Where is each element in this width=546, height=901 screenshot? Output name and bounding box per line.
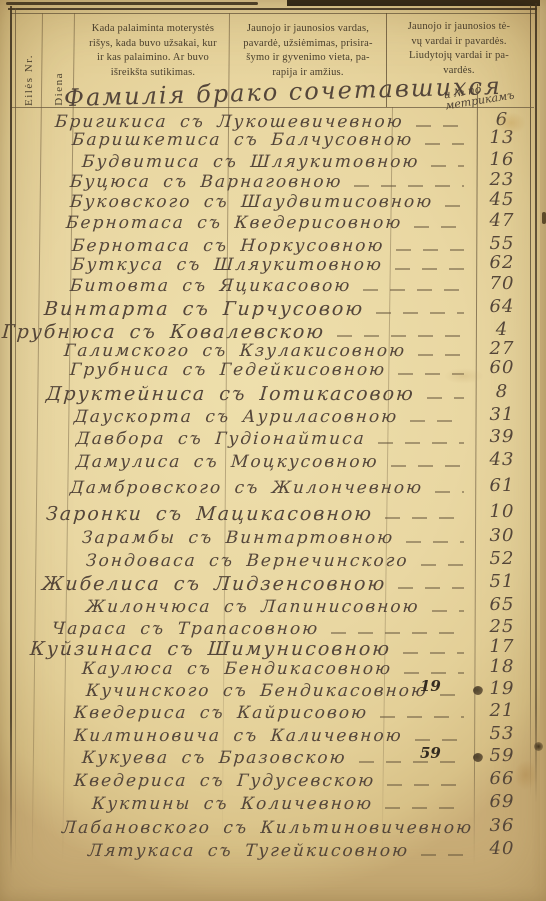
entries: Бригикиса съ Лукошевичевною6Баришкетиса …	[0, 0, 546, 901]
entry-row: Грубниса съ Гедейкисовною	[0, 360, 468, 382]
entry-dash-line	[445, 205, 464, 207]
entry-dash-line	[431, 165, 464, 167]
entry-row: Бернотаса съ Кведерисовною	[0, 213, 468, 235]
entry-surnames: Зарамбы съ Винтартовною	[81, 528, 395, 549]
entry-dash-line	[380, 716, 464, 718]
entry-metric-number: 60	[478, 357, 526, 379]
entry-metric-number: 30	[478, 525, 526, 547]
entry-surnames: Кукуева съ Бразовскою	[81, 748, 347, 769]
entry-metric-number: 8	[478, 381, 526, 403]
entry-surnames: Кведериса съ Гудусевскою	[73, 771, 376, 792]
entry-dash-line	[354, 185, 464, 187]
entry-dash-line	[391, 465, 464, 467]
entry-dash-line	[421, 854, 464, 856]
entry-row: Баришкетиса съ Балчусовною	[0, 130, 468, 152]
entry-dash-line	[337, 335, 464, 337]
entry-dash-line	[387, 784, 464, 786]
entry-row: Кведериса съ Кайрисовою	[0, 703, 468, 725]
entry-surnames: Лятукаса съ Тугейкисовною	[87, 841, 409, 862]
entry-metric-number: 59	[478, 745, 526, 767]
entry-row: Буткуса съ Шляукитовною	[0, 255, 468, 277]
entry-surnames: Дамбровского съ Жилончевною	[69, 478, 424, 499]
entry-metric-number: 19	[478, 678, 526, 700]
entry-row: Жибелиса съ Лидзенсовною	[0, 574, 468, 596]
entry-row: Друктейниса съ Іотикасовою	[0, 384, 468, 406]
entry-metric-number: 31	[478, 404, 526, 426]
entry-dash-line	[396, 249, 464, 251]
entry-row: Зондоваса съ Вернечинского	[0, 551, 468, 573]
entry-metric-number: 52	[478, 548, 526, 570]
entry-metric-number: 10	[478, 501, 526, 523]
entry-dash-line	[363, 289, 464, 291]
entry-row: Кучинского съ Бендикасовною	[0, 681, 468, 703]
entry-metric-number: 16	[478, 149, 526, 171]
entry-metric-number: 69	[478, 791, 526, 813]
entry-dash-line	[414, 226, 464, 228]
entry-row: Давбора съ Гудіонайтиса	[0, 429, 468, 451]
entry-correction-note: 19	[420, 676, 460, 696]
entry-surnames: Будвитиса съ Шляукитовною	[81, 152, 420, 173]
entry-row: Килтиновича съ Каличевною	[0, 726, 468, 748]
entry-row: Кведериса съ Гудусевскою	[0, 771, 468, 793]
entry-row: Кукуева съ Бразовскою	[0, 748, 468, 770]
entry-surnames: Лабановского съ Кильтиновичевною	[61, 818, 473, 839]
entry-metric-number: 65	[478, 594, 526, 616]
entry-dash-line	[395, 268, 464, 270]
entry-row: Буцюса съ Варнаговною	[0, 172, 468, 194]
entry-surnames: Винтарта съ Гирчусовою	[43, 299, 365, 320]
entry-surnames: Битовта съ Яцикасовою	[69, 276, 352, 297]
entry-dash-line	[435, 491, 464, 493]
entry-row: Битовта съ Яцикасовою	[0, 276, 468, 298]
entry-surnames: Куйзинаса съ Шимунисовною	[29, 639, 391, 660]
entry-dash-line	[331, 632, 464, 634]
entry-metric-number: 64	[478, 296, 526, 318]
entry-metric-number: 18	[478, 656, 526, 678]
entry-surnames: Бернотаса съ Норкусовною	[71, 236, 385, 257]
entry-metric-number: 23	[478, 169, 526, 191]
entry-surnames: Баришкетиса съ Балчусовною	[71, 130, 414, 151]
entry-metric-number: 66	[478, 768, 526, 790]
entry-row: Дамулиса съ Моцкусовною	[0, 452, 468, 474]
entry-surnames: Чараса съ Трапасовною	[51, 619, 320, 640]
entry-dash-line	[385, 517, 464, 519]
entry-surnames: Буткуса съ Шляукитовною	[71, 255, 383, 276]
entry-surnames: Дамулиса съ Моцкусовною	[75, 452, 379, 473]
entry-surnames: Жилончюса съ Лапинисовною	[85, 597, 420, 618]
entry-surnames: Бернотаса съ Кведерисовною	[65, 213, 403, 234]
entry-dash-line	[403, 652, 464, 654]
entry-dash-line	[416, 125, 464, 127]
entry-metric-number: 53	[478, 723, 526, 745]
entry-metric-number: 13	[478, 127, 526, 149]
entry-surnames: Кучинского съ Бендикасовною	[85, 681, 428, 702]
entry-dash-line	[385, 807, 464, 809]
register-page: Eilės Nr. Diena Kada palaiminta moteryst…	[0, 0, 546, 901]
entry-metric-number: 40	[478, 838, 526, 860]
entry-row: Лабановского съ Кильтиновичевною	[0, 818, 468, 840]
entry-metric-number: 45	[478, 189, 526, 211]
entry-dash-line	[427, 397, 464, 399]
entry-surnames: Куктины съ Количевною	[91, 794, 374, 815]
entry-surnames: Галимского съ Кзулакисовною	[63, 341, 407, 362]
entry-metric-number: 70	[478, 273, 526, 295]
entry-row: Лятукаса съ Тугейкисовною	[0, 841, 468, 863]
entry-row: Каулюса съ Бендикасовною	[0, 659, 468, 681]
entry-row: Даускорта съ Ауриласовною	[0, 407, 468, 429]
entry-metric-number: 61	[478, 475, 526, 497]
entry-surnames: Заронки съ Мацикасовною	[45, 504, 373, 525]
entry-surnames: Килтиновича съ Каличевною	[73, 726, 403, 747]
entry-metric-number: 21	[478, 700, 526, 722]
entry-dash-line	[410, 420, 464, 422]
entry-surnames: Кведериса съ Кайрисовою	[73, 703, 368, 724]
entry-row: Зарамбы съ Винтартовною	[0, 528, 468, 550]
entry-metric-number: 47	[478, 210, 526, 232]
entry-surnames: Грубнюса съ Ковалевскою	[1, 322, 326, 343]
entry-metric-number: 62	[478, 252, 526, 274]
entry-row: Дамбровского съ Жилончевною	[0, 478, 468, 500]
entry-surnames: Буцюса съ Варнаговною	[69, 172, 343, 193]
entry-surnames: Буковского съ Шаудвитисовною	[69, 192, 434, 213]
entry-metric-number: 43	[478, 449, 526, 471]
entry-row: Жилончюса съ Лапинисовною	[0, 597, 468, 619]
entry-dash-line	[404, 672, 464, 674]
entry-dash-line	[421, 564, 464, 566]
entry-surnames: Грубниса съ Гедейкисовною	[69, 360, 387, 381]
ink-blot	[473, 686, 483, 695]
entry-dash-line	[418, 354, 464, 356]
entry-metric-number: 17	[478, 636, 526, 658]
entry-surnames: Жибелиса съ Лидзенсовною	[41, 574, 387, 595]
entry-surnames: Друктейниса съ Іотикасовою	[45, 384, 415, 405]
entry-correction-note: 59	[420, 743, 460, 763]
ink-blot	[473, 753, 483, 762]
entry-surnames: Зондоваса съ Вернечинского	[85, 551, 409, 572]
entry-row: Будвитиса съ Шляукитовною	[0, 152, 468, 174]
entry-metric-number: 51	[478, 571, 526, 593]
entry-row: Заронки съ Мацикасовною	[0, 504, 468, 526]
entry-metric-number: 36	[478, 815, 526, 837]
entry-surnames: Даускорта съ Ауриласовною	[73, 407, 399, 428]
entry-metric-number: 39	[478, 426, 526, 448]
entry-dash-line	[432, 610, 464, 612]
entry-surnames: Давбора съ Гудіонайтиса	[75, 429, 366, 450]
entry-row: Куктины съ Количевною	[0, 794, 468, 816]
entry-dash-line	[376, 312, 464, 314]
entry-metric-number: 25	[478, 616, 526, 638]
entry-dash-line	[398, 587, 464, 589]
entry-surnames: Каулюса съ Бендикасовною	[81, 659, 393, 680]
entry-row: Куйзинаса съ Шимунисовною	[0, 639, 468, 661]
entry-dash-line	[425, 143, 464, 145]
entry-row: Винтарта съ Гирчусовою	[0, 299, 468, 321]
entry-dash-line	[398, 373, 464, 375]
entry-row: Буковского съ Шаудвитисовною	[0, 192, 468, 214]
entry-dash-line	[415, 739, 464, 741]
entry-dash-line	[406, 541, 464, 543]
entry-dash-line	[378, 442, 464, 444]
